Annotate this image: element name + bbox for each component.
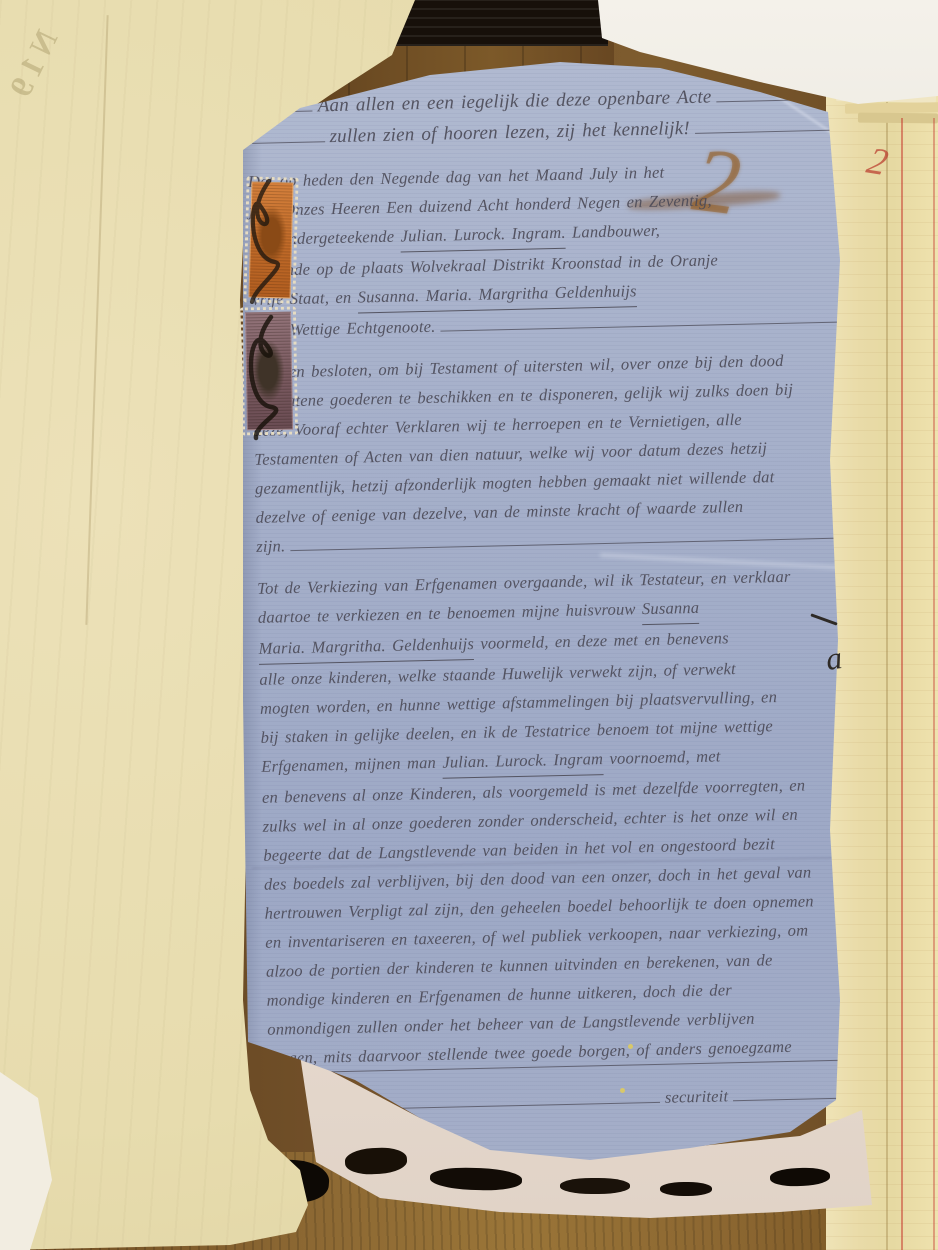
script-line: Dat op heden den Negende dag van het Maa… (248, 153, 847, 196)
paper-speck (628, 1044, 633, 1049)
document-paragraph: Dat op heden den Negende dag van het Maa… (248, 153, 850, 345)
script-text: Julian. Lurock. Ingram. (400, 218, 566, 253)
script-line: en benevens al onze Kinderen, als voorge… (262, 769, 861, 812)
embossed-showthrough-text: N19 (0, 24, 65, 109)
document-paragraph: Hebben besloten, om bij Testament of uit… (252, 344, 854, 561)
script-line: mogen, mits daarvoor stellende twee goed… (268, 1030, 867, 1073)
script-line: gezamentlijk, hetzij afzonderlijk mogten… (255, 460, 854, 503)
script-line: zullen zien of hooren lezen, zij het ken… (247, 109, 846, 154)
script-text: bij staken in gelijke deelen, en ik de T… (260, 711, 773, 752)
script-text: Hebben besloten, om bij Testament of uit… (252, 346, 784, 387)
brown-crayon-smear (628, 189, 781, 213)
ink-rule (717, 99, 840, 103)
page-fold-crease (85, 15, 108, 625)
script-line: wij Ondergeteekende Julian. Lurock. Ingr… (249, 211, 848, 256)
script-text: Tot de Verkiezing van Erfgenamen overgaa… (257, 562, 791, 603)
script-text: zijn. (256, 531, 286, 561)
script-text: des boedels zal verblijven, bij den dood… (264, 857, 812, 898)
script-line: deze, Vooraf echter Verklaren wij te her… (253, 402, 852, 445)
script-text: begeerte dat de Langstlevende van beiden… (263, 829, 775, 870)
script-line: Hebben besloten, om bij Testament of uit… (252, 344, 851, 387)
script-text: dezelve of eenige van dezelve, van de mi… (255, 492, 743, 532)
script-line: jaar Onzes Heeren Een duizend Acht honde… (248, 182, 847, 225)
document-paragraph: Tot de Verkiezing van Erfgenamen overgaa… (257, 560, 866, 1078)
document-text: Aan allen en een iegelijk die deze openb… (246, 78, 867, 1120)
script-line: Erfgenamen, mijnen man Julian. Lurock. I… (261, 738, 860, 783)
ink-rule (273, 1059, 861, 1073)
script-line: Maria. Margritha. Geldenhuijs voormeld, … (258, 620, 857, 665)
script-line: en inventariseren en taxeeren, of wel pu… (265, 914, 864, 957)
script-text: Susanna. Maria. Margritha Geldenhuijs (357, 276, 637, 313)
script-text: daartoe te verkiezen en te benoemen mijn… (258, 594, 643, 632)
ledger-red-rule-line (901, 118, 903, 1250)
script-text: mondige kinderen en Erfgenamen de hunne … (266, 975, 732, 1015)
script-line: des boedels zal verblijven, bij den dood… (264, 856, 863, 899)
paper-crease (600, 554, 848, 570)
script-line: begeerte dat de Langstlevende van beiden… (263, 827, 862, 870)
script-line: onmondigen zullen onder het beheer van d… (267, 1001, 866, 1044)
script-text: mogen, mits daarvoor stellende twee goed… (268, 1032, 793, 1073)
ledger-page-groove (886, 95, 888, 1250)
script-text: Susanna (642, 593, 700, 625)
ink-rule (290, 537, 849, 551)
torn-gap-shadow (560, 1178, 630, 1194)
script-line: natelatene goederen te beschikken en te … (253, 373, 852, 416)
script-line: zijne Wettige Echtgenoote. (251, 302, 850, 345)
script-text: deze, Vooraf echter Verklaren wij te her… (253, 405, 742, 445)
script-text: Landbouwer, (565, 216, 660, 247)
script-text: alzoo de portien der kinderen te kunnen … (266, 945, 773, 985)
script-text: natelatene goederen te beschikken en te … (253, 375, 794, 416)
ledger-torn-edge (858, 113, 938, 124)
ink-rule (252, 141, 325, 144)
script-text: onmondigen zullen onder het beheer van d… (267, 1004, 755, 1044)
script-text: voornoemd, met (603, 741, 721, 773)
script-text: en inventariseren en taxeeren, of wel pu… (265, 915, 809, 956)
script-line: Tot de Verkiezing van Erfgenamen overgaa… (257, 560, 856, 603)
paper-speck (620, 1088, 625, 1093)
script-text: Erfgenamen, mijnen man (261, 748, 443, 781)
ink-rule (695, 130, 840, 134)
script-text: gezamentlijk, hetzij afzonderlijk mogten… (255, 462, 775, 503)
ink-rule (441, 321, 845, 331)
script-line: alle onze kinderen, welke staande Huweli… (259, 651, 858, 694)
script-line: alzoo de portien der kinderen te kunnen … (266, 943, 865, 986)
script-text: jaar Onzes Heeren Een duizend Acht honde… (248, 185, 712, 224)
script-text: mogten worden, en hunne wettige afstamme… (260, 682, 778, 723)
paper-crease (252, 857, 838, 869)
script-line: dezelve of eenige van dezelve, van de mi… (255, 489, 854, 532)
script-line: Testamenten of Acten van dien natuur, we… (254, 431, 853, 474)
script-line: daartoe te verkiezen en te benoemen mijn… (258, 589, 857, 634)
script-text: voormeld, en deze met en benevens (474, 623, 729, 658)
script-line (268, 1059, 866, 1079)
script-line: mondige kinderen en Erfgenamen de hunne … (266, 972, 865, 1015)
ledger-red-rule-line (933, 118, 935, 1250)
script-text: alle onze kinderen, welke staande Huweli… (259, 654, 736, 694)
script-text: hertrouwen Verpligt zal zijn, den geheel… (264, 886, 814, 927)
script-text: Julian. Lurock. Ingram (442, 744, 604, 779)
script-text: Testamenten of Acten van dien natuur, we… (254, 433, 767, 474)
script-text: Maria. Margritha. Geldenhuijs (258, 629, 474, 665)
script-line: hertrouwen Verpligt zal zijn, den geheel… (264, 885, 863, 928)
script-line: zijn. (256, 518, 855, 561)
script-line: Vrije Staat, en Susanna. Maria. Margrith… (250, 271, 849, 316)
script-line: zulks wel in al onze goederen zonder ond… (262, 798, 861, 841)
script-text: zullen zien of hooren lezen, zij het ken… (329, 113, 690, 152)
script-text: zulks wel in al onze goederen zonder ond… (262, 800, 798, 841)
page-number-crayon-mark: 2 (688, 126, 747, 237)
script-line: wonende op de plaats Wolvekraal Distrikt… (250, 242, 849, 285)
script-line: mogten worden, en hunne wettige afstamme… (260, 680, 859, 723)
script-text: securiteit (665, 1081, 729, 1111)
pen-cancellation-scribble (225, 165, 315, 455)
script-text: wonende op de plaats Wolvekraal Distrikt… (250, 245, 719, 285)
script-line: bij staken in gelijke deelen, en ik de T… (260, 709, 859, 752)
torn-gap-shadow (660, 1182, 712, 1196)
script-text: en benevens al onze Kinderen, als voorge… (262, 770, 806, 811)
